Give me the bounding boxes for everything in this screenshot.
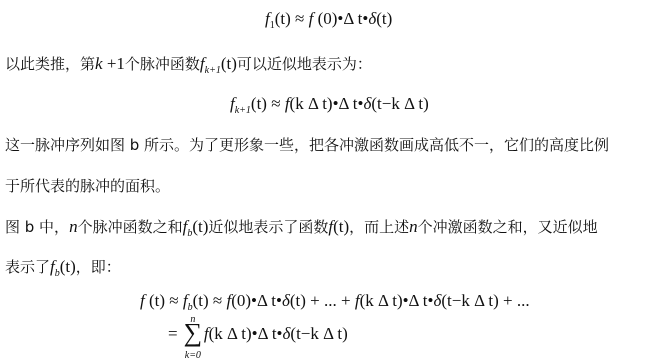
paragraph-analogy: 以此类推，第k +1个脉冲函数fk+1(t)可以近似地表示为： <box>5 53 372 75</box>
equation-sum-line2: = n ∑ k=0 f(k Δ t)•Δ t•δ(t−k Δ t) <box>168 323 348 363</box>
paragraph-figure-b-line2: 表示了fb(t)，即： <box>5 256 121 278</box>
text: 可以近似地表示为： <box>237 55 372 73</box>
math-text: (t) ≈ <box>193 291 227 310</box>
paragraph-sequence-line2: 于所代表的脉冲的面积。 <box>5 176 170 196</box>
sum-lower-limit: k=0 <box>182 345 204 363</box>
text: 个脉冲函数 <box>125 55 200 73</box>
math-text: (t−k Δ t) <box>371 94 428 113</box>
math-text: (t) <box>376 9 392 28</box>
text: 近似地表示了函数 <box>208 218 328 236</box>
equation-f1: f1(t) ≈ f (0)•Δ t•δ(t) <box>265 8 392 30</box>
subscript: k+1 <box>205 65 221 76</box>
math-text: (k Δ t)•Δ t• <box>290 94 364 113</box>
math-text: (k Δ t)•Δ t• <box>209 324 283 343</box>
math-text: (t) ≈ <box>275 9 309 28</box>
math-text: (0)•Δ t• <box>313 9 368 28</box>
text: 以此类推，第 <box>5 55 95 73</box>
paragraph-sequence-line1: 这一脉冲序列如图 b 所示。为了更形象一些，把各冲激函数画成高低不一，它们的高度… <box>5 135 609 155</box>
equation-fk1: fk+1(t) ≈ f(k Δ t)•Δ t•δ(t−k Δ t) <box>230 93 429 115</box>
paragraph-figure-b-line1: 图 b 中，n个脉冲函数之和fb(t)近似地表示了函数f(t)，而上述n个冲激函… <box>5 216 598 238</box>
math-n: n <box>409 217 418 236</box>
math-text: (t) <box>192 217 208 236</box>
math-text: (0)•Δ t• <box>231 291 282 310</box>
text: ，而上述 <box>349 218 409 236</box>
math-text: (k Δ t)•Δ t• <box>360 291 434 310</box>
math-text: (t) ≈ <box>251 94 285 113</box>
math-n: n <box>69 217 78 236</box>
text: 个冲激函数之和，又近似地 <box>418 218 598 236</box>
text: ，即： <box>76 258 121 276</box>
math-k: k <box>95 54 103 73</box>
math-plus-one: +1 <box>103 54 125 73</box>
math-text: (t) + ... + <box>290 291 355 310</box>
equals-sign: = <box>168 324 178 343</box>
math-delta: δ <box>282 291 290 310</box>
math-text: (t) <box>60 257 76 276</box>
math-text: (t) <box>221 54 237 73</box>
math-text: (t−k Δ t) + ... <box>441 291 529 310</box>
text: 图 b 中， <box>5 218 69 236</box>
math-text: (t−k Δ t) <box>290 324 347 343</box>
math-text: (t) <box>333 217 349 236</box>
math-text: (t) ≈ <box>145 291 183 310</box>
sum-upper-limit: n <box>182 309 204 331</box>
summation: n ∑ k=0 <box>182 321 204 345</box>
text: 表示了 <box>5 258 50 276</box>
text: 个脉冲函数之和 <box>78 218 183 236</box>
subscript: k+1 <box>235 105 251 116</box>
